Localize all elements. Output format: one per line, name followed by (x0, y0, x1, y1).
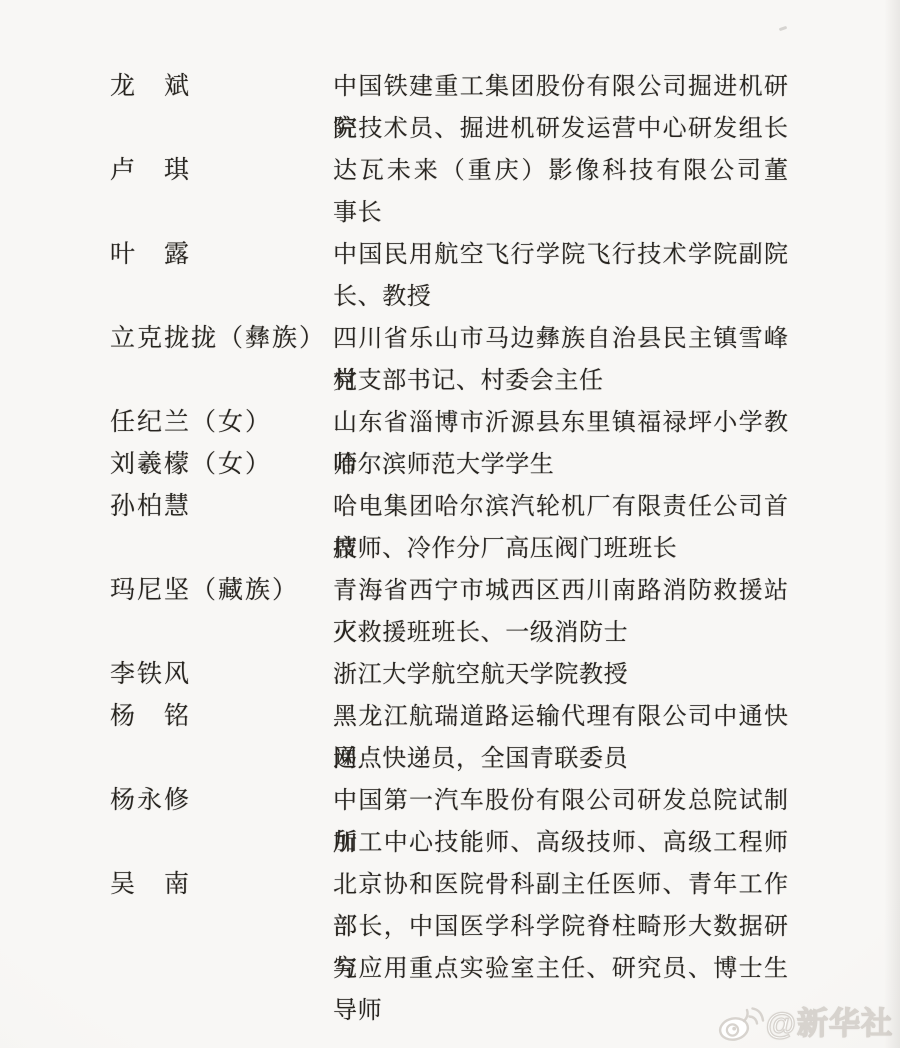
description-line: 技师、冷作分厂高压阀门班班长 (333, 528, 788, 570)
weibo-watermark: @新华社 (717, 998, 893, 1043)
recipient-description: 中国铁建重工集团股份有限公司掘进机研究院技术员、掘进机研发运营中心研发组长 (333, 66, 788, 150)
recipient-description: 中国民用航空飞行学院飞行技术学院副院长、教授 (333, 234, 788, 318)
description-line: 哈电集团哈尔滨汽轮机厂有限责任公司首席 (333, 486, 788, 528)
recipient-name: 李铁风 (110, 654, 333, 696)
description-line: 浙江大学航空航天学院教授 (333, 654, 788, 696)
description-line: 山东省淄博市沂源县东里镇福禄坪小学教师 (333, 402, 788, 444)
scan-artifact (779, 26, 788, 31)
description-line: 达瓦未来（重庆）影像科技有限公司董 (333, 150, 788, 192)
description-line: 长、教授 (333, 276, 788, 318)
list-entry: 刘羲檬（女）哈尔滨师范大学学生 (110, 444, 800, 486)
list-entry: 卢 琪达瓦未来（重庆）影像科技有限公司董事长 (110, 150, 800, 234)
description-line: 加工中心技能师、高级技师、高级工程师 (333, 822, 788, 864)
list-entry: 杨 铭黑龙江航瑞道路运输代理有限公司中通快递网点快递员，全国青联委员 (110, 696, 800, 780)
description-line: 火救援班班长、一级消防士 (333, 612, 788, 654)
description-line: 黑龙江航瑞道路运输代理有限公司中通快递 (333, 696, 788, 738)
recipient-description: 浙江大学航空航天学院教授 (333, 654, 788, 696)
recipient-description: 山东省淄博市沂源县东里镇福禄坪小学教师 (333, 402, 788, 444)
list-entry: 李铁风浙江大学航空航天学院教授 (110, 654, 800, 696)
description-line: 北京协和医院骨科副主任医师、青年工作部 (333, 864, 788, 906)
recipient-name: 龙 斌 (110, 66, 333, 108)
description-line: 与应用重点实验室主任、研究员、博士生 (333, 948, 788, 990)
recipient-description: 达瓦未来（重庆）影像科技有限公司董事长 (333, 150, 788, 234)
description-line: 青海省西宁市城西区西川南路消防救援站灭 (333, 570, 788, 612)
recipient-name: 吴 南 (110, 864, 333, 906)
description-line: 哈尔滨师范大学学生 (333, 444, 788, 486)
scanned-document: 龙 斌中国铁建重工集团股份有限公司掘进机研究院技术员、掘进机研发运营中心研发组长… (0, 0, 900, 1048)
recipient-name: 孙柏慧 (110, 486, 333, 528)
description-line: 中国民用航空飞行学院飞行技术学院副院 (333, 234, 788, 276)
weibo-logo-icon (717, 1002, 765, 1044)
description-line: 党支部书记、村委会主任 (333, 360, 788, 402)
recipient-name: 刘羲檬（女） (110, 444, 333, 486)
list-entry: 叶 露中国民用航空飞行学院飞行技术学院副院长、教授 (110, 234, 800, 318)
description-line: 四川省乐山市马边彝族自治县民主镇雪峰村 (333, 318, 788, 360)
list-entry: 龙 斌中国铁建重工集团股份有限公司掘进机研究院技术员、掘进机研发运营中心研发组长 (110, 66, 800, 150)
recipient-name: 杨 铭 (110, 696, 333, 738)
recipient-list: 龙 斌中国铁建重工集团股份有限公司掘进机研究院技术员、掘进机研发运营中心研发组长… (110, 66, 800, 1032)
recipient-name: 杨永修 (110, 780, 333, 822)
list-entry: 孙柏慧哈电集团哈尔滨汽轮机厂有限责任公司首席技师、冷作分厂高压阀门班班长 (110, 486, 800, 570)
recipient-name: 立克拢拢（彝族） (110, 318, 333, 360)
recipient-name: 任纪兰（女） (110, 402, 333, 444)
recipient-description: 哈电集团哈尔滨汽轮机厂有限责任公司首席技师、冷作分厂高压阀门班班长 (333, 486, 788, 570)
recipient-description: 黑龙江航瑞道路运输代理有限公司中通快递网点快递员，全国青联委员 (333, 696, 788, 780)
description-line: 中国铁建重工集团股份有限公司掘进机研究 (333, 66, 788, 108)
recipient-description: 中国第一汽车股份有限公司研发总院试制所加工中心技能师、高级技师、高级工程师 (333, 780, 788, 864)
description-line: 事长 (333, 192, 788, 234)
description-line: 网点快递员，全国青联委员 (333, 738, 788, 780)
description-line: 部长，中国医学科学院脊柱畸形大数据研究 (333, 906, 788, 948)
list-entry: 玛尼坚（藏族）青海省西宁市城西区西川南路消防救援站灭火救援班班长、一级消防士 (110, 570, 800, 654)
recipient-description: 青海省西宁市城西区西川南路消防救援站灭火救援班班长、一级消防士 (333, 570, 788, 654)
description-line: 中国第一汽车股份有限公司研发总院试制所 (333, 780, 788, 822)
list-entry: 吴 南北京协和医院骨科副主任医师、青年工作部部长，中国医学科学院脊柱畸形大数据研… (110, 864, 800, 1032)
list-entry: 任纪兰（女）山东省淄博市沂源县东里镇福禄坪小学教师 (110, 402, 800, 444)
recipient-description: 四川省乐山市马边彝族自治县民主镇雪峰村党支部书记、村委会主任 (333, 318, 788, 402)
watermark-handle: @新华社 (766, 998, 893, 1043)
recipient-name: 卢 琪 (110, 150, 333, 192)
list-entry: 立克拢拢（彝族）四川省乐山市马边彝族自治县民主镇雪峰村党支部书记、村委会主任 (110, 318, 800, 402)
recipient-name: 玛尼坚（藏族） (110, 570, 333, 612)
recipient-description: 哈尔滨师范大学学生 (333, 444, 788, 486)
description-line: 院技术员、掘进机研发运营中心研发组长 (333, 108, 788, 150)
recipient-name: 叶 露 (110, 234, 333, 276)
list-entry: 杨永修中国第一汽车股份有限公司研发总院试制所加工中心技能师、高级技师、高级工程师 (110, 780, 800, 864)
